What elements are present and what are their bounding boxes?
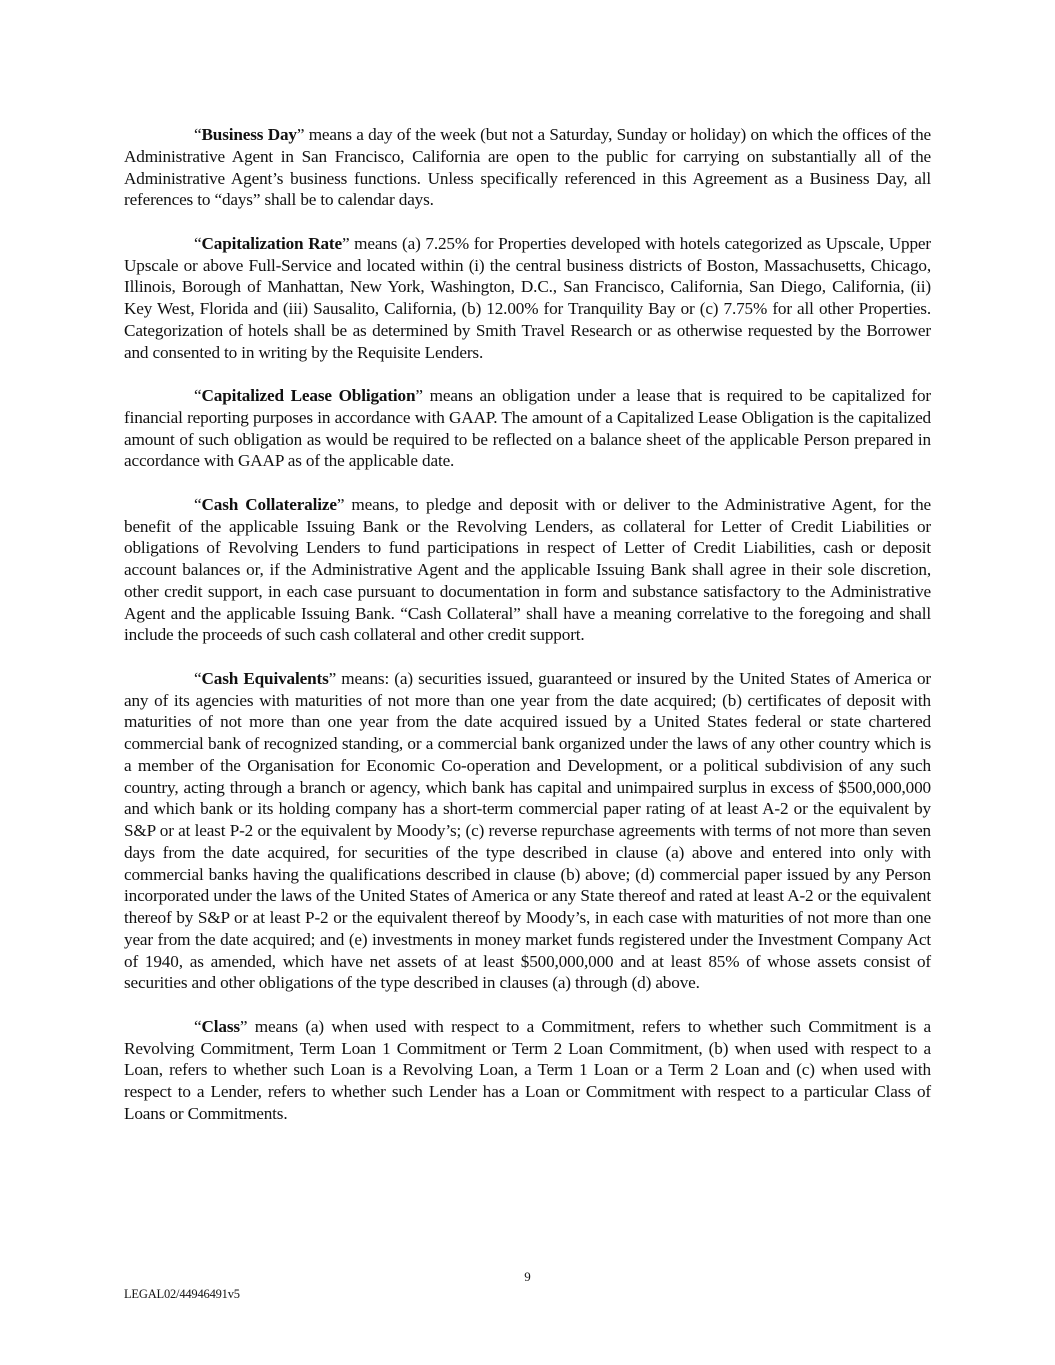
definition-cash-collateralize: “Cash Collateralize” means, to pledge an…	[124, 494, 931, 646]
document-id-footer: LEGAL02/44946491v5	[124, 1287, 240, 1302]
definition-text: ” means, to pledge and deposit with or d…	[124, 495, 931, 645]
definition-capitalization-rate: “Capitalization Rate” means (a) 7.25% fo…	[124, 233, 931, 364]
definition-text: ” means (a) when used with respect to a …	[124, 1017, 931, 1123]
page-number: 9	[0, 1269, 1055, 1285]
defined-term: Business Day	[201, 125, 296, 144]
definition-cash-equivalents: “Cash Equivalents” means: (a) securities…	[124, 668, 931, 994]
document-page-body: “Business Day” means a day of the week (…	[124, 124, 931, 1146]
definition-capitalized-lease-obligation: “Capitalized Lease Obligation” means an …	[124, 385, 931, 472]
defined-term: Class	[201, 1017, 239, 1036]
defined-term: Cash Collateralize	[201, 495, 336, 514]
defined-term: Capitalization Rate	[201, 234, 341, 253]
defined-term: Cash Equivalents	[201, 669, 328, 688]
definition-business-day: “Business Day” means a day of the week (…	[124, 124, 931, 211]
definition-class: “Class” means (a) when used with respect…	[124, 1016, 931, 1125]
defined-term: Capitalized Lease Obligation	[201, 386, 415, 405]
definition-text: ” means: (a) securities issued, guarante…	[124, 669, 931, 993]
